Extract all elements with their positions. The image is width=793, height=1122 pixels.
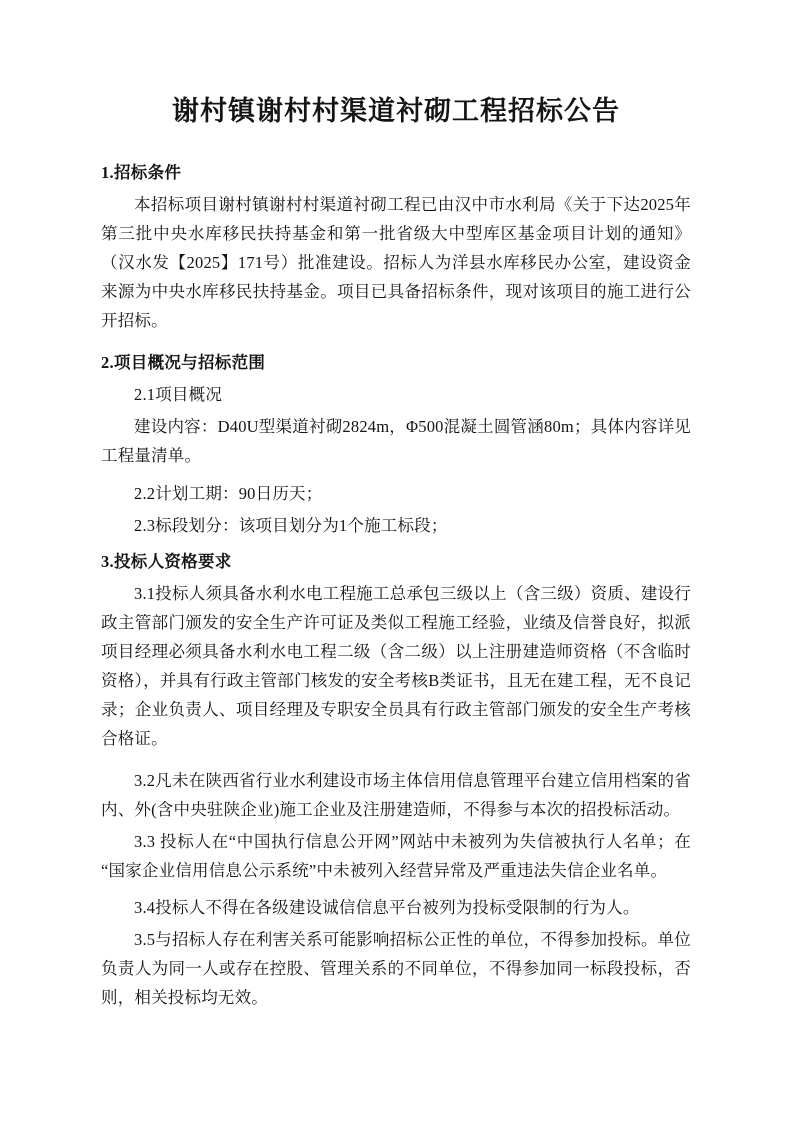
paragraph-3-1: 3.1投标人须具备水利水电工程施工总承包三级以上（含三级）资质、建设行政主管部门… <box>101 579 691 753</box>
paragraph-2-3: 2.2计划工期：90日历天； <box>101 479 691 508</box>
section-heading-1: 1.招标条件 <box>101 158 691 187</box>
paragraph-2-2: 建设内容：D40U型渠道衬砌2824m，Φ500混凝土圆管涵80m；具体内容详见… <box>101 412 691 470</box>
paragraph-3-5: 3.5与招标人存在利害关系可能影响招标公正性的单位，不得参加投标。单位负责人为同… <box>101 925 691 1012</box>
document-title: 谢村镇谢村村渠道衬砌工程招标公告 <box>101 92 691 130</box>
section-heading-2: 2.项目概况与招标范围 <box>101 348 691 377</box>
paragraph-2-1: 2.1项目概况 <box>101 380 691 409</box>
document-page: 谢村镇谢村村渠道衬砌工程招标公告 1.招标条件 本招标项目谢村镇谢村村渠道衬砌工… <box>0 0 793 1122</box>
paragraph-2-4: 2.3标段划分：该项目划分为1个施工标段； <box>101 511 691 540</box>
paragraph-3-2: 3.2凡未在陕西省行业水利建设市场主体信用信息管理平台建立信用档案的省内、外(含… <box>101 766 691 824</box>
paragraph-3-3: 3.3 投标人在“中国执行信息公开网”网站中未被列为失信被执行人名单；在“国家企… <box>101 827 691 885</box>
paragraph-3-4: 3.4投标人不得在各级建设诚信信息平台被列为投标受限制的行为人。 <box>101 893 691 922</box>
section-heading-3: 3.投标人资格要求 <box>101 547 691 576</box>
paragraph-1-1: 本招标项目谢村镇谢村村渠道衬砌工程已由汉中市水利局《关于下达2025年第三批中央… <box>101 190 691 335</box>
